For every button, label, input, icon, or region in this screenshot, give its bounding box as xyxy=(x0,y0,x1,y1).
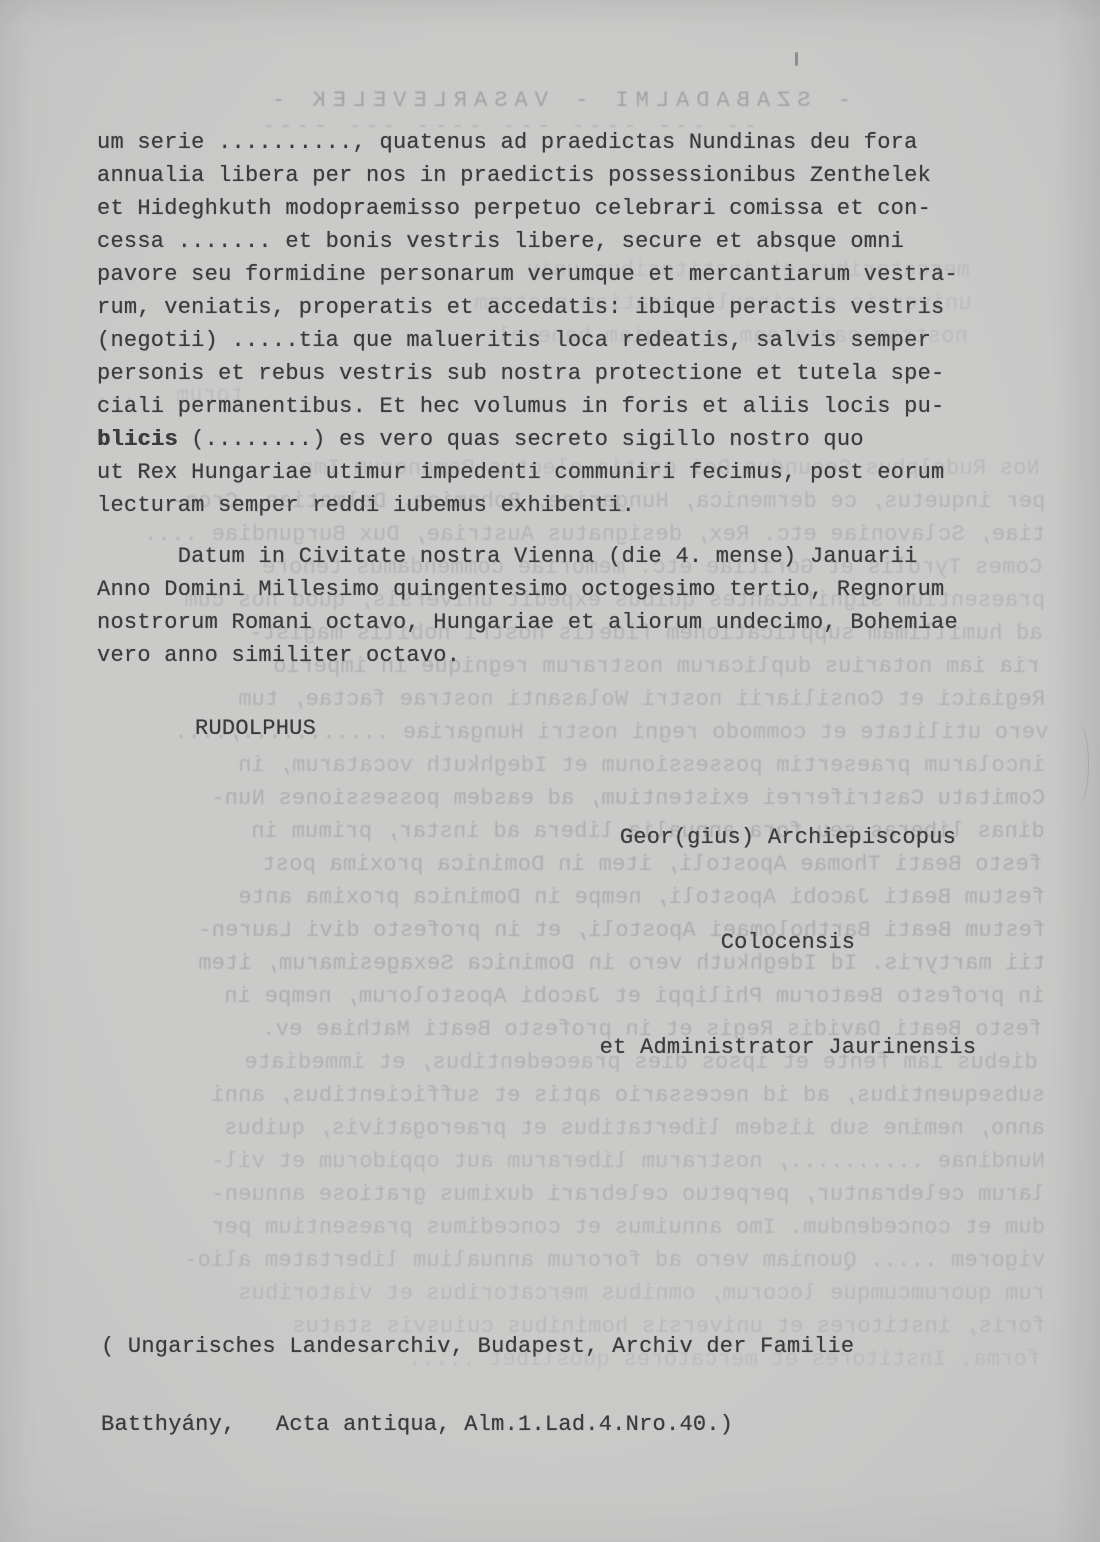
text-line: ciali permanentibus. Et hec volumus in f… xyxy=(97,390,958,423)
page-curl-mark xyxy=(1066,722,1089,806)
text-line: annualia libera per nos in praedictis po… xyxy=(97,159,958,192)
bleedthrough-line: Nundinae .........., nostrarum liberarum… xyxy=(211,1149,1045,1174)
bleedthrough-line: - SZABADALMI - VASARLEVELEK - xyxy=(265,88,851,113)
text-line: ut Rex Hungariae utimur impedenti commun… xyxy=(97,456,958,489)
archive-citation-line: Batthyány, Acta antiqua, Alm.1.Lad.4.Nro… xyxy=(101,1412,854,1438)
archive-citation: ( Ungarisches Landesarchiv, Budapest, Ar… xyxy=(101,1282,854,1490)
text-line: personis et rebus vestris sub nostra pro… xyxy=(97,357,958,390)
overstruck-word: blicis xyxy=(97,427,178,452)
bleedthrough-line: Regiaici et Consiliarii nostri Wolasanti… xyxy=(238,687,1045,712)
text-line: cessa ....... et bonis vestris libere, s… xyxy=(97,225,958,258)
countersignature-line: et Administrator Jaurinensis xyxy=(588,1030,988,1065)
text-line: lecturam semper reddi iubemus exhibenti. xyxy=(97,489,958,522)
body-paragraph-1: um serie .........., quatenus ad praedic… xyxy=(97,126,958,522)
text-line: pavore seu formidine personarum verumque… xyxy=(97,258,958,291)
text-line: nostrorum Romani octavo, Hungariae et al… xyxy=(97,606,958,639)
text-line: blicis (........) es vero quas secreto s… xyxy=(97,423,958,456)
bleedthrough-line: vigorem ..... Quoniam vero ad fororum an… xyxy=(184,1248,1045,1273)
text-line: (negotii) .....tia que malueritis loca r… xyxy=(97,324,958,357)
text-line: Datum in Civitate nostra Vienna (die 4. … xyxy=(97,540,958,573)
bleedthrough-line: larum celebrantur, perpetuo celebrari du… xyxy=(211,1182,1045,1207)
dating-clause-paragraph: Datum in Civitate nostra Vienna (die 4. … xyxy=(97,540,958,672)
countersignature-line: Colocensis xyxy=(588,925,988,960)
signature-rudolphus: RUDOLPHUS xyxy=(195,712,316,745)
text-line: Anno Domini Millesimo quingentesimo octo… xyxy=(97,573,958,606)
archive-citation-line: ( Ungarisches Landesarchiv, Budapest, Ar… xyxy=(101,1334,854,1360)
text-line: rum, veniatis, properatis et accedatis: … xyxy=(97,291,958,324)
countersignature-block: Geor(gius) Archiepiscopus Colocensis et … xyxy=(588,750,988,1135)
text-line: et Hideghkuth modopraemisso perpetuo cel… xyxy=(97,192,958,225)
text-line: vero anno similiter octavo. xyxy=(97,639,958,672)
countersignature-line: Geor(gius) Archiepiscopus xyxy=(588,820,988,855)
text-line: um serie .........., quatenus ad praedic… xyxy=(97,126,958,159)
scanned-document-page: - SZABADALMI - VASARLEVELEK --- --- ----… xyxy=(0,0,1100,1542)
bleedthrough-line: dum et concedendum. Imo annuimus et conc… xyxy=(211,1215,1045,1240)
scan-speck xyxy=(795,52,798,66)
